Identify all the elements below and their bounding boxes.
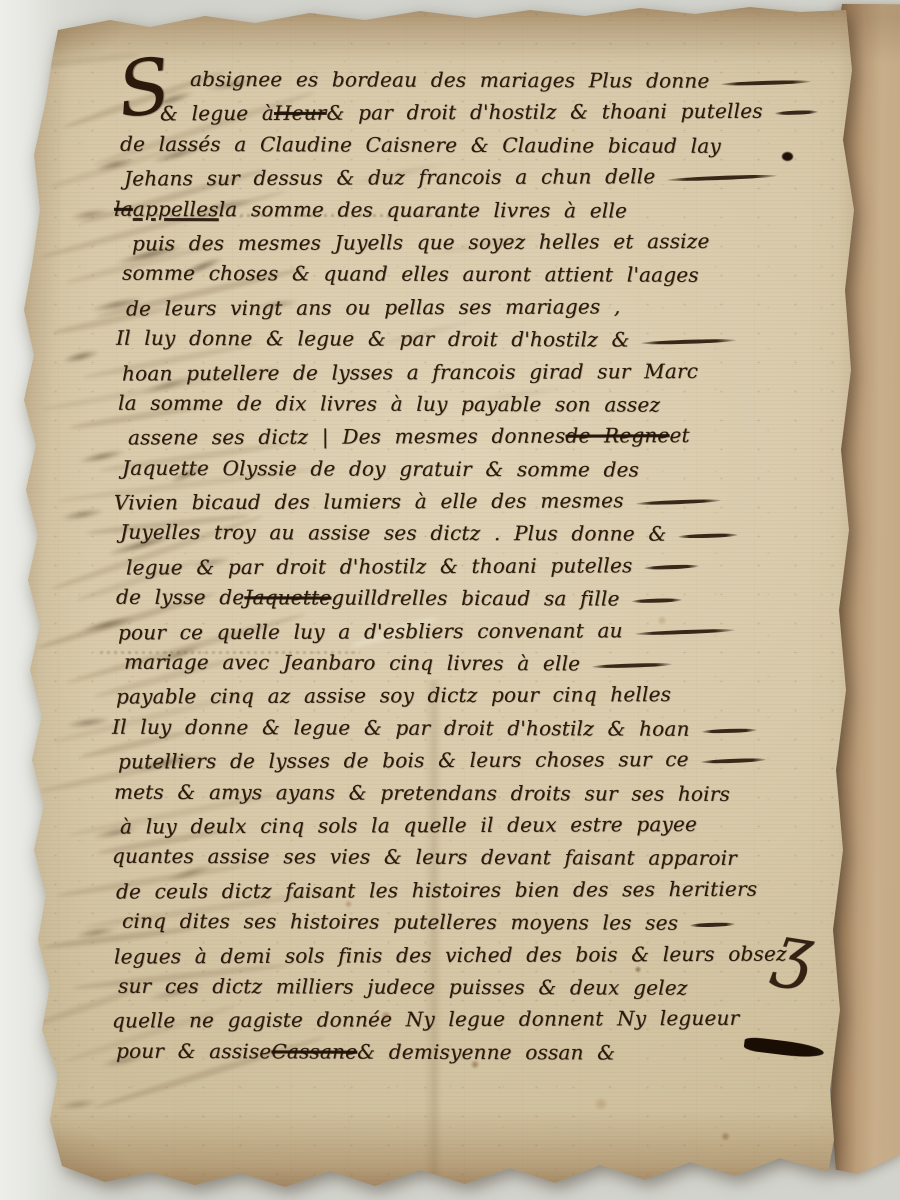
text-line: puis des mesmes Juyells que soyez helles… [132, 224, 818, 259]
text-line: payable cinq az assise soy dictz pour ci… [116, 678, 818, 713]
word: de ceuls dictz faisant les histoires bie… [116, 872, 757, 907]
text-line: de lysse de Jaquette guilldrelles bicaud… [116, 581, 818, 616]
word: legue & par droit d'hostilz & thoani put… [126, 549, 633, 584]
text-line: Jehans sur dessus & duz francois a chun … [124, 160, 818, 195]
text-line: pour ce quelle luy a d'esbliers convenan… [118, 613, 818, 648]
text-line: à luy deulx cinq sols la quelle il deux … [120, 807, 818, 842]
word: payable cinq az assise soy dictz pour ci… [116, 679, 671, 714]
bleedthrough-stroke [58, 1097, 99, 1111]
struck-word: Jaquette [244, 581, 331, 614]
text-line: putelliers de lysses de bois & leurs cho… [118, 743, 818, 778]
line-filler-stroke [641, 339, 736, 346]
text-line: pour & assise Cassane & demisyenne ossan… [116, 1034, 818, 1069]
text-line: absignee es bordeau des mariages Plus do… [190, 63, 818, 98]
word: & legue à [160, 97, 274, 130]
text-line: de ceuls dictz faisant les histoires bie… [116, 872, 818, 907]
text-line: Il luy donne & legue & par droit d'hosti… [112, 711, 818, 746]
word: pour ce quelle luy a d'esbliers convenan… [118, 614, 623, 649]
line-filler-stroke [690, 922, 735, 927]
bleedthrough-stroke [60, 506, 106, 523]
word: somme choses & quand elles auront attien… [122, 257, 699, 291]
struck-word: la [114, 192, 133, 224]
word: appelles [133, 192, 219, 225]
text-line: la somme de dix livres à luy payable son… [118, 387, 818, 422]
text-line: mets & amys ayans & pretendans droits su… [114, 775, 818, 810]
text-line: de lassés a Claudine Caisnere & Claudine… [120, 128, 818, 163]
word: cinq dites ses histoires putelleres moye… [122, 905, 678, 939]
text-line: quelle ne gagiste donnée Ny legue donnen… [112, 1002, 818, 1037]
word: assene ses dictz | Des mesmes donnes [128, 420, 566, 454]
bleedthrough-stroke [61, 348, 100, 366]
word: Il luy donne & legue & par droit d'hosti… [112, 711, 690, 745]
text-line: la appelles la somme des quarante livres… [114, 192, 818, 227]
line-filler-stroke [721, 80, 811, 87]
word: puis des mesmes Juyells que soyez helles… [132, 225, 710, 260]
text-line: quantes assise ses vies & leurs devant f… [112, 840, 818, 875]
text-line: Vivien bicaud des lumiers à elle des mes… [114, 484, 818, 519]
word: la somme de dix livres à luy payable son… [118, 387, 660, 421]
bleedthrough-stroke [70, 207, 111, 223]
word: à luy deulx cinq sols la quelle il deux … [120, 808, 697, 843]
word: hoan putellere de lysses a francois gira… [122, 355, 698, 390]
struck-word: de Regne [565, 419, 669, 452]
word: Jehans sur dessus & duz francois a chun … [124, 160, 656, 195]
word: sur ces dictz milliers judece puisses & … [118, 970, 688, 1004]
text-line: Jaquette Olyssie de doy gratuir & somme … [122, 451, 818, 486]
text-line: de leurs vingt ans ou pellas ses mariage… [126, 289, 818, 324]
line-filler-stroke [644, 564, 699, 570]
bleedthrough-stroke [66, 715, 112, 730]
word: legues à demi sols finis des viched des … [114, 937, 787, 972]
word: & demisyenne ossan & [357, 1035, 615, 1068]
struck-word: Cassane [271, 1035, 357, 1068]
line-filler-stroke [701, 758, 766, 765]
line-filler-stroke [775, 110, 818, 116]
stain [720, 1132, 731, 1141]
photo-backdrop: S absignee es bordeau des mariages Plus … [0, 0, 900, 1200]
line-filler-stroke [631, 598, 681, 604]
line-filler-stroke [635, 628, 735, 636]
word: la somme des quarante livres à elle [219, 193, 628, 227]
word: quantes assise ses vies & leurs devant f… [112, 840, 737, 875]
text-line: Il luy donne & legue & par droit d'hosti… [116, 322, 818, 357]
word: mets & amys ayans & pretendans droits su… [114, 775, 730, 810]
word: et [669, 419, 689, 451]
manuscript-page: S absignee es bordeau des mariages Plus … [0, 0, 900, 1200]
text-line: mariage avec Jeanbaro cinq livres à elle [124, 646, 818, 681]
text-line: legues à demi sols finis des viched des … [114, 937, 818, 972]
word: Jaquette Olyssie de doy gratuir & somme … [122, 451, 639, 485]
word: mariage avec Jeanbaro cinq livres à elle [124, 646, 580, 680]
word: quelle ne gagiste donnée Ny legue donnen… [112, 1002, 740, 1037]
handwritten-text: S absignee es bordeau des mariages Plus … [112, 64, 818, 1068]
line-filler-stroke [667, 174, 777, 182]
word: Juyelles troy au assise ses dictz . Plus… [120, 516, 666, 550]
text-line: somme choses & quand elles auront attien… [122, 257, 818, 292]
struck-word: Heur [274, 97, 327, 130]
word: Il luy donne & legue & par droit d'hosti… [116, 322, 630, 356]
word: guilldrelles bicaud sa fille [331, 582, 619, 615]
word: absignee es bordeau des mariages Plus do… [190, 63, 710, 97]
word: de lysse de [116, 581, 244, 614]
word: putelliers de lysses de bois & leurs cho… [118, 743, 689, 778]
manuscript-page-layer: S absignee es bordeau des mariages Plus … [0, 0, 900, 1200]
text-line: assene ses dictz | Des mesmes donnes de … [128, 419, 818, 454]
word: de lassés a Claudine Caisnere & Claudine… [120, 128, 721, 163]
word: Vivien bicaud des lumiers à elle des mes… [114, 484, 624, 519]
line-filler-stroke [636, 499, 721, 506]
word: pour & assise [116, 1034, 271, 1067]
word: de leurs vingt ans ou pellas ses mariage… [126, 290, 621, 325]
text-line: Juyelles troy au assise ses dictz . Plus… [120, 516, 818, 551]
word: & par droit d'hostilz & thoani putelles [326, 95, 762, 129]
text-line: sur ces dictz milliers judece puisses & … [118, 970, 818, 1005]
text-line: cinq dites ses histoires putelleres moye… [122, 905, 818, 940]
text-line: legue & par droit d'hostilz & thoani put… [126, 548, 818, 583]
line-filler-stroke [678, 534, 738, 540]
line-filler-stroke [702, 728, 757, 734]
text-line: hoan putellere de lysses a francois gira… [122, 354, 818, 389]
text-line: & legue à Heur & par droit d'hostilz & t… [160, 95, 818, 130]
line-filler-stroke [592, 663, 672, 670]
stain [592, 1098, 610, 1110]
